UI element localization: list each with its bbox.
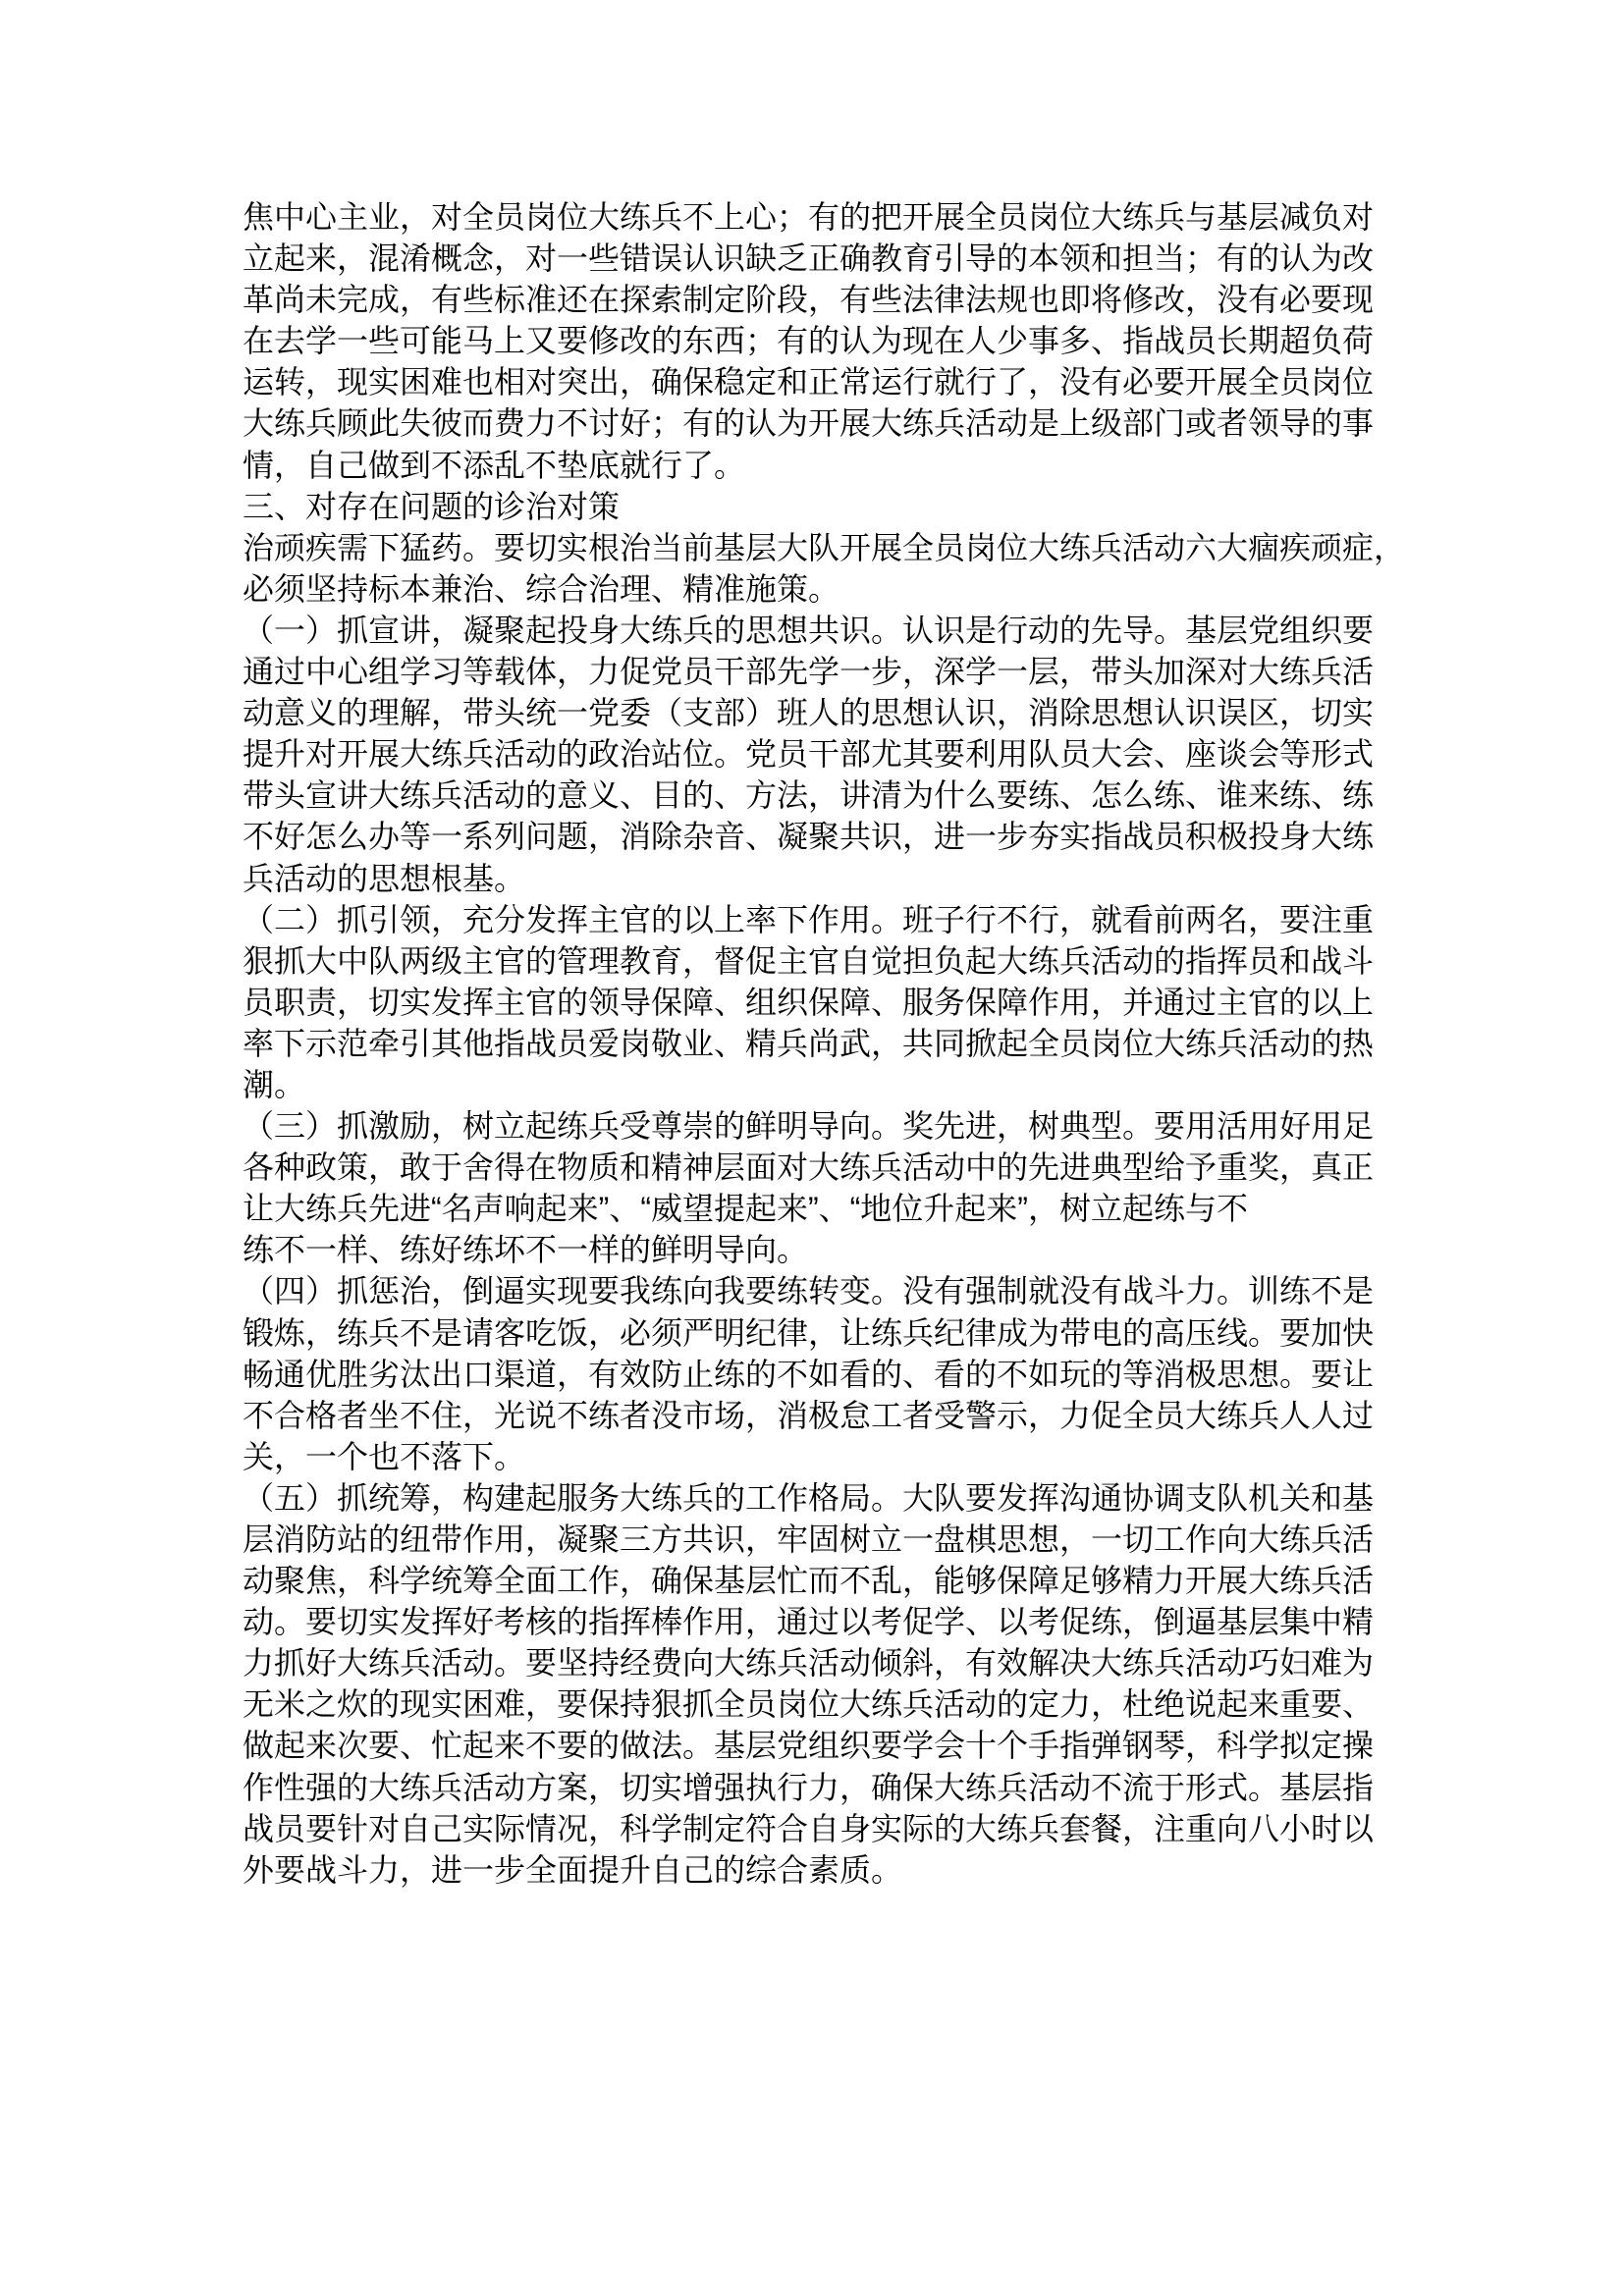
text-line: 狠抓大中队两级主官的管理教育，督促主官自觉担负起大练兵活动的指挥员和战斗 bbox=[243, 940, 1381, 982]
text-line: （四）抓惩治，倒逼实现要我练向我要练转变。没有强制就没有战斗力。训练不是 bbox=[243, 1270, 1381, 1311]
paragraph-measure-5: （五）抓统筹，构建起服务大练兵的工作格局。大队要发挥沟通协调支队机关和基 层消防… bbox=[243, 1477, 1381, 1891]
text-line: 动意义的理解，带头统一党委（支部）班人的思想认识，消除思想认识误区，切实 bbox=[243, 692, 1381, 733]
text-line: 潮。 bbox=[243, 1064, 1381, 1105]
text-line: 做起来次要、忙起来不要的做法。基层党组织要学会十个手指弹钢琴，科学拟定操 bbox=[243, 1725, 1381, 1766]
paragraph-continuation: 焦中心主业，对全员岗位大练兵不上心；有的把开展全员岗位大练兵与基层减负对 立起来… bbox=[243, 196, 1381, 486]
text-line: 治顽疾需下猛药。要切实根治当前基层大队开展全员岗位大练兵活动六大痼疾顽症， bbox=[243, 527, 1381, 568]
document-text-block: 焦中心主业，对全员岗位大练兵不上心；有的把开展全员岗位大练兵与基层减负对 立起来… bbox=[243, 196, 1381, 1891]
paragraph-measure-4: （四）抓惩治，倒逼实现要我练向我要练转变。没有强制就没有战斗力。训练不是 锻炼，… bbox=[243, 1270, 1381, 1476]
text-line: 大练兵顾此失彼而费力不讨好；有的认为开展大练兵活动是上级部门或者领导的事 bbox=[243, 402, 1381, 444]
text-line: （一）抓宣讲，凝聚起投身大练兵的思想共识。认识是行动的先导。基层党组织要 bbox=[243, 610, 1381, 651]
text-line: （二）抓引领，充分发挥主官的以上率下作用。班子行不行，就看前两名，要注重 bbox=[243, 899, 1381, 940]
section-heading-3: 三、对存在问题的诊治对策 bbox=[243, 486, 1381, 527]
text-line: 畅通优胜劣汰出口渠道，有效防止练的不如看的、看的不如玩的等消极思想。要让 bbox=[243, 1354, 1381, 1395]
paragraph-section-intro: 治顽疾需下猛药。要切实根治当前基层大队开展全员岗位大练兵活动六大痼疾顽症， 必须… bbox=[243, 527, 1381, 610]
text-line: 动聚焦，科学统筹全面工作，确保基层忙而不乱，能够保障足够精力开展大练兵活 bbox=[243, 1560, 1381, 1601]
text-line: 关，一个也不落下。 bbox=[243, 1436, 1381, 1477]
document-page: 焦中心主业，对全员岗位大练兵不上心；有的把开展全员岗位大练兵与基层减负对 立起来… bbox=[0, 0, 1624, 2296]
text-line: 让大练兵先进“名声响起来”、“威望提起来”、“地位升起来”，树立起练与不 bbox=[243, 1188, 1381, 1229]
text-line: 锻炼，练兵不是请客吃饭，必须严明纪律，让练兵纪律成为带电的高压线。要加快 bbox=[243, 1312, 1381, 1354]
text-line: 力抓好大练兵活动。要坚持经费向大练兵活动倾斜，有效解决大练兵活动巧妇难为 bbox=[243, 1642, 1381, 1683]
text-line: 动。要切实发挥好考核的指挥棒作用，通过以考促学、以考促练，倒逼基层集中精 bbox=[243, 1601, 1381, 1642]
text-line: 不好怎么办等一系列问题，消除杂音、凝聚共识，进一步夯实指战员积极投身大练 bbox=[243, 816, 1381, 857]
text-line: （五）抓统筹，构建起服务大练兵的工作格局。大队要发挥沟通协调支队机关和基 bbox=[243, 1477, 1381, 1519]
text-line: 战员要针对自己实际情况，科学制定符合自身实际的大练兵套餐，注重向八小时以 bbox=[243, 1808, 1381, 1849]
text-line: 带头宣讲大练兵活动的意义、目的、方法，讲清为什么要练、怎么练、谁来练、练 bbox=[243, 774, 1381, 816]
text-line: 率下示范牵引其他指战员爱岗敬业、精兵尚武，共同掀起全员岗位大练兵活动的热 bbox=[243, 1023, 1381, 1064]
text-line: 情，自己做到不添乱不垫底就行了。 bbox=[243, 445, 1381, 486]
text-line: 外要战斗力，进一步全面提升自己的综合素质。 bbox=[243, 1849, 1381, 1891]
text-line: 不合格者坐不住，光说不练者没市场，消极怠工者受警示，力促全员大练兵人人过 bbox=[243, 1395, 1381, 1436]
paragraph-measure-1: （一）抓宣讲，凝聚起投身大练兵的思想共识。认识是行动的先导。基层党组织要 通过中… bbox=[243, 610, 1381, 899]
text-line: 必须坚持标本兼治、综合治理、精准施策。 bbox=[243, 568, 1381, 610]
text-line: 在去学一些可能马上又要修改的东西；有的认为现在人少事多、指战员长期超负荷 bbox=[243, 320, 1381, 361]
text-line: 提升对开展大练兵活动的政治站位。党员干部尤其要利用队员大会、座谈会等形式 bbox=[243, 733, 1381, 774]
text-line: 作性强的大练兵活动方案，切实增强执行力，确保大练兵活动不流于形式。基层指 bbox=[243, 1767, 1381, 1808]
text-line: 员职责，切实发挥主官的领导保障、组织保障、服务保障作用，并通过主官的以上 bbox=[243, 982, 1381, 1023]
paragraph-measure-2: （二）抓引领，充分发挥主官的以上率下作用。班子行不行，就看前两名，要注重 狠抓大… bbox=[243, 899, 1381, 1105]
paragraph-measure-3: （三）抓激励，树立起练兵受尊崇的鲜明导向。奖先进，树典型。要用活用好用足 各种政… bbox=[243, 1105, 1381, 1270]
section-heading-text: 三、对存在问题的诊治对策 bbox=[243, 486, 1381, 527]
text-line: （三）抓激励，树立起练兵受尊崇的鲜明导向。奖先进，树典型。要用活用好用足 bbox=[243, 1105, 1381, 1147]
text-line: 焦中心主业，对全员岗位大练兵不上心；有的把开展全员岗位大练兵与基层减负对 bbox=[243, 196, 1381, 238]
text-line: 练不一样、练好练坏不一样的鲜明导向。 bbox=[243, 1229, 1381, 1270]
text-line: 各种政策，敢于舍得在物质和精神层面对大练兵活动中的先进典型给予重奖，真正 bbox=[243, 1147, 1381, 1188]
text-line: 兵活动的思想根基。 bbox=[243, 858, 1381, 899]
text-line: 革尚未完成，有些标准还在探索制定阶段，有些法律法规也即将修改，没有必要现 bbox=[243, 279, 1381, 320]
text-line: 运转，现实困难也相对突出，确保稳定和正常运行就行了，没有必要开展全员岗位 bbox=[243, 361, 1381, 402]
text-line: 立起来，混淆概念，对一些错误认识缺乏正确教育引导的本领和担当；有的认为改 bbox=[243, 238, 1381, 279]
text-line: 无米之炊的现实困难，要保持狠抓全员岗位大练兵活动的定力，杜绝说起来重要、 bbox=[243, 1683, 1381, 1725]
text-line: 层消防站的纽带作用，凝聚三方共识，牢固树立一盘棋思想，一切工作向大练兵活 bbox=[243, 1519, 1381, 1560]
text-line: 通过中心组学习等载体，力促党员干部先学一步，深学一层，带头加深对大练兵活 bbox=[243, 651, 1381, 692]
